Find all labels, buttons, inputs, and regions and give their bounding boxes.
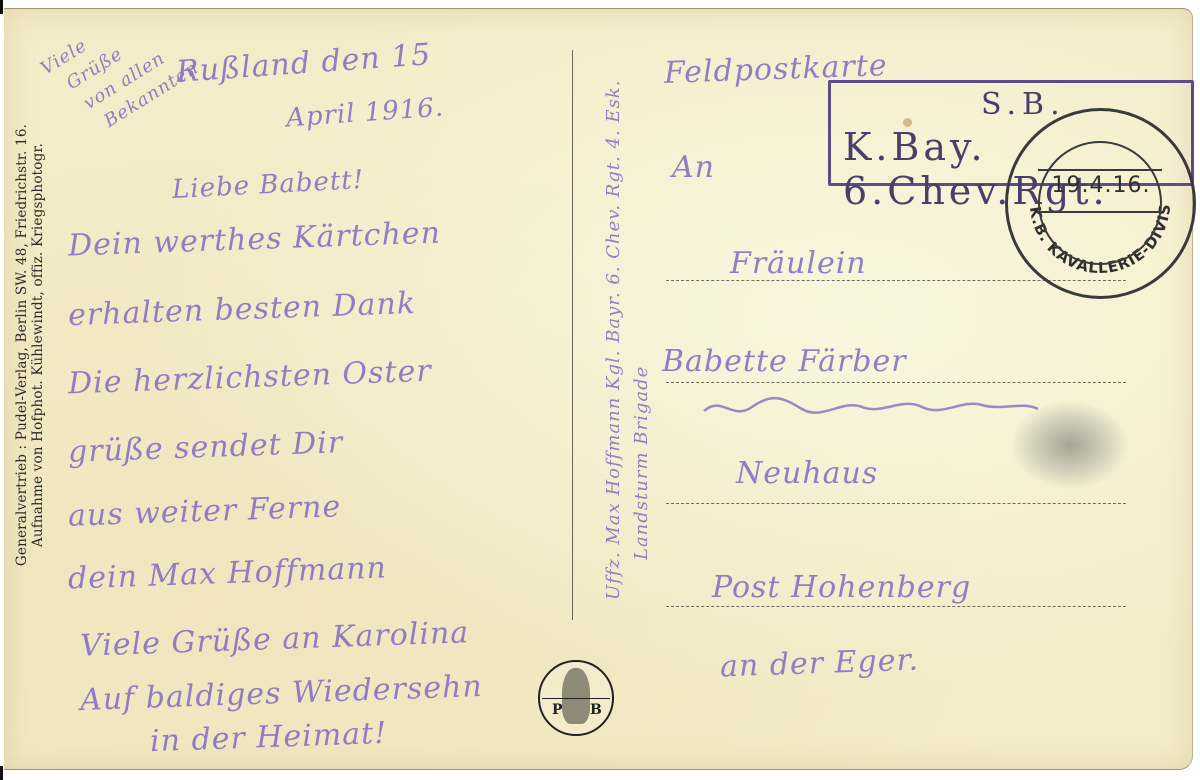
postmark-band [1038,211,1162,213]
logo-letter-b: B [590,702,602,718]
underline-flourish [702,393,1042,423]
postmark: K.B. KAVALLERIE-DIVISION 19.4.16. [1005,108,1196,299]
paper-stain [903,118,912,127]
sender-line: Landsturm Brigade [628,80,656,560]
imprint-line-1: Generalvertrieb : Pudel-Verlag, Berlin S… [14,0,30,695]
poodle-figure-icon [562,668,590,724]
scan-edge [0,766,3,780]
logo-letter-p: P [552,702,563,718]
address-line-4: Post Hohenberg [712,570,971,605]
address-line-3: Neuhaus [736,456,878,491]
logo-divider [542,698,610,699]
postmark-inner-ring [1038,141,1162,265]
publisher-imprint: Generalvertrieb : Pudel-Verlag, Berlin S… [14,0,46,695]
postmark-band [1038,169,1162,171]
postmark-date: 19.4.16. [1046,173,1156,198]
address-line-guide [666,503,1126,504]
ink-smudge [1010,400,1130,490]
address-line-5: an der Eger. [719,643,919,685]
publisher-logo: P B [538,660,614,736]
sender-vertical: Uffz. Max Hoffmann Kgl. Bayr. 6. Chev. R… [600,80,656,600]
scan-edge [0,0,3,14]
address-line-1: Fräulein [730,246,867,281]
imprint-line-2: Aufnahme von Hofphot. Kühlewindt, offiz.… [30,0,46,695]
address-line-guide [666,606,1126,607]
sender-line: Uffz. Max Hoffmann Kgl. Bayr. 6. Chev. R… [600,80,628,600]
address-line-2: Babette Färber [662,344,907,379]
card-divider [572,50,573,620]
address-line-guide [666,382,1126,383]
address-an: An [672,150,715,185]
